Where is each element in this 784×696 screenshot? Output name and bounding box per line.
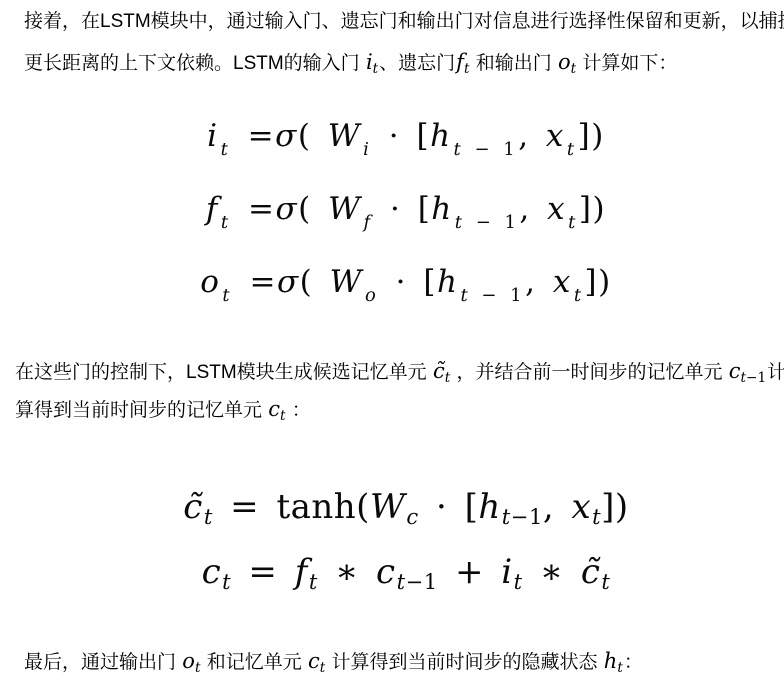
math-symbol: t [741,370,746,386]
math-symbol: tanh [276,487,356,527]
math-symbol: t [464,61,469,77]
math-symbol: t [502,504,511,529]
math-symbol: i [366,50,373,74]
math-symbol: W [330,264,363,300]
math-subscript: t [571,61,576,77]
math-symbol: f [456,50,464,74]
math-symbol: t [571,61,576,77]
math-symbol: t [617,660,622,676]
math-symbol: σ [277,264,300,300]
math-subscript: t−1 [502,504,543,529]
math-subscript: t [373,61,378,77]
math-symbol: t [195,660,200,676]
math-symbol: t [514,569,523,594]
math-symbol: h [478,487,500,527]
math-subscript: t [617,660,622,676]
math-subscript: t [464,61,469,77]
math-subscript: t [222,285,231,306]
math-symbol: i [207,118,218,154]
gate-equations-block: it =σ( Wi · [ht − 1, xt]) ft =σ( Wf · [h… [0,100,784,319]
math-symbol: o [558,50,571,74]
math-symbol: t [320,660,325,676]
inline-math: ht [603,649,624,673]
inline-math: ct [267,397,286,421]
math-symbol: t [454,139,463,160]
math-symbol: t [455,212,464,233]
math-symbol: t [221,139,230,160]
math-symbol: σ [275,191,298,227]
math-symbol: c [202,552,222,592]
math-subscript: t [204,504,213,529]
inline-math: ft [455,50,470,74]
math-subscript: t [222,569,231,594]
math-symbol: f [363,212,371,233]
math-subscript: t − 1 [454,139,517,160]
cell-equations-block: c̃t = tanh(Wc · [ht−1, xt]) ct = ft ∗ ct… [0,475,784,605]
inline-math: ct−1 [728,359,767,383]
math-symbol: i [363,139,370,160]
math-symbol: c [308,649,320,673]
math-subscript: t [309,569,318,594]
text-line: 最后，通过输出门 ot 和记忆单元 ct 计算得到当前时间步的隐藏状态 ht： [24,642,643,680]
math-subscript: t − 1 [455,212,518,233]
math-symbol: W [328,118,361,154]
math-symbol: W [370,487,405,527]
math-subscript: t [568,212,577,233]
math-symbol: t [460,285,469,306]
text-line: 在这些门的控制下，LSTM模块生成候选记忆单元 c̃t ，并结合前一时间步的记忆… [15,352,784,390]
math-subscript: o [365,285,377,306]
math-symbol: x [553,264,572,300]
math-symbol: c̃ [581,552,601,592]
inline-math: c̃t [432,359,451,383]
math-symbol: c [376,552,396,592]
math-subscript: t [195,660,200,676]
math-symbol: t [397,569,406,594]
math-subscript: t [221,212,230,233]
math-subscript: t [514,569,523,594]
paragraph-memory-cell: 在这些门的控制下，LSTM模块生成候选记忆单元 c̃t ，并结合前一时间步的记忆… [15,352,784,428]
math-symbol: f [295,552,308,592]
math-symbol: h [430,118,451,154]
math-symbol: o [182,649,195,673]
math-subscript: t [320,660,325,676]
inline-math: ct [307,649,326,673]
math-symbol: t [592,504,601,529]
equation-cell-update: ct = ft ∗ ct−1 + it ∗ c̃t [28,540,784,605]
paragraph-lstm-gates-intro: 接着，在LSTM模块中，通过输入门、遗忘门和输出门对信息进行选择性保留和更新，以… [24,2,784,82]
math-symbol: t [568,212,577,233]
math-symbol: t [567,139,576,160]
math-subscript: t [567,139,576,160]
math-symbol: o [365,285,377,306]
math-symbol: x [547,191,566,227]
math-symbol: t [222,285,231,306]
math-symbol: c [268,397,280,421]
math-subscript: t [574,285,583,306]
equation-forget-gate: ft =σ( Wf · [ht − 1, xt]) [28,173,784,246]
math-subscript: t [601,569,610,594]
math-symbol: i [501,552,512,592]
math-symbol: h [604,649,618,673]
text-line: 更长距离的上下文依赖。LSTM的输入门 it、遗忘门ft 和输出门 ot 计算如… [24,42,784,82]
math-subscript: t [280,408,285,424]
math-symbol: f [206,191,219,227]
math-symbol: t [445,370,450,386]
equation-output-gate: ot =σ( Wo · [ht − 1, xt]) [28,246,784,319]
math-subscript: i [363,139,370,160]
math-symbol: c [729,359,741,383]
math-subscript: t − 1 [460,285,523,306]
math-symbol: t [373,61,378,77]
math-subscript: t [592,504,601,529]
inline-math: ot [181,649,201,673]
math-symbol: t [601,569,610,594]
math-symbol: x [546,118,565,154]
text-line: 算得到当前时间步的记忆单元 ct ： [15,390,784,428]
math-symbol: t [221,212,230,233]
inline-math: ot [557,50,577,74]
math-symbol: t [574,285,583,306]
math-subscript: t [221,139,230,160]
equation-input-gate: it =σ( Wi · [ht − 1, xt]) [28,100,784,173]
math-symbol: c̃ [433,359,445,383]
math-symbol: c̃ [183,487,203,527]
text-line: 接着，在LSTM模块中，通过输入门、遗忘门和输出门对信息进行选择性保留和更新，以… [24,2,784,42]
document-page: 接着，在LSTM模块中，通过输入门、遗忘门和输出门对信息进行选择性保留和更新，以… [0,0,784,696]
paragraph-hidden-state: 最后，通过输出门 ot 和记忆单元 ct 计算得到当前时间步的隐藏状态 ht： [24,642,643,680]
math-symbol: c [406,504,418,529]
math-symbol: W [328,191,361,227]
math-symbol: h [437,264,458,300]
equation-candidate-cell: c̃t = tanh(Wc · [ht−1, xt]) [28,475,784,540]
math-subscript: f [363,212,371,233]
math-subscript: t−1 [741,370,767,386]
math-symbol: t [309,569,318,594]
math-subscript: c [406,504,418,529]
math-symbol: t [280,408,285,424]
math-subscript: t−1 [397,569,438,594]
math-symbol: t [204,504,213,529]
math-symbol: x [571,487,591,527]
math-symbol: h [431,191,452,227]
math-symbol: t [222,569,231,594]
inline-math: it [365,50,379,74]
math-symbol: σ [275,118,298,154]
math-subscript: t [445,370,450,386]
math-symbol: o [200,264,220,300]
